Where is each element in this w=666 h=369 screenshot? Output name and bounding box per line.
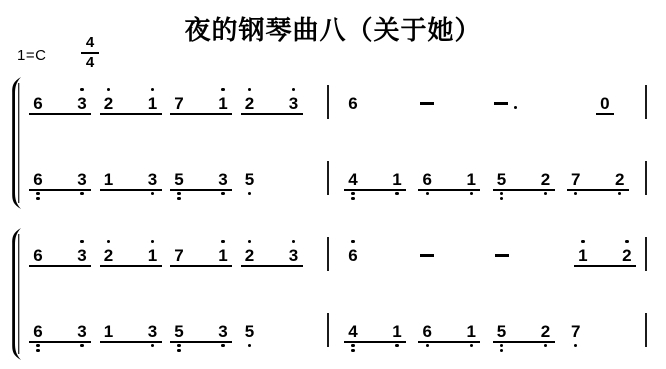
octave-dots-below <box>544 344 547 347</box>
octave-dots-below <box>500 344 503 352</box>
octave-dots-below <box>351 192 354 200</box>
note: 2 <box>242 240 258 268</box>
note-number: 2 <box>104 94 113 113</box>
barline <box>645 85 647 119</box>
octave-dot-above <box>80 88 83 91</box>
staff-row-treble-1: 6321712360 <box>24 88 660 126</box>
note-group: 13 <box>101 164 161 202</box>
measure: 41615272 <box>345 164 642 202</box>
dash-note <box>494 240 510 268</box>
note: 6 <box>345 88 361 116</box>
dash-icon <box>420 102 434 105</box>
note-group: 71 <box>171 240 231 278</box>
beat-slot: 12 <box>568 240 642 278</box>
note-group <box>419 240 435 278</box>
note: 1 <box>101 164 117 192</box>
beat-slot: 52 <box>494 164 568 202</box>
beam-underline <box>100 265 162 267</box>
octave-dots-below <box>395 192 398 195</box>
note-group: 72 <box>568 164 628 202</box>
staff-row-bass-2: 63135354161527 <box>24 316 660 354</box>
beam-underline <box>29 113 91 115</box>
octave-dots-below <box>426 192 429 195</box>
octave-dot-above <box>292 88 295 91</box>
octave-dot-below <box>544 192 547 195</box>
octave-dot-below <box>151 344 154 347</box>
note-number: 2 <box>541 170 550 189</box>
octave-dot-below <box>500 344 503 347</box>
note-group <box>494 240 510 278</box>
note-number: 1 <box>148 246 157 265</box>
key-signature: 1=C <box>17 47 46 64</box>
beam-underline <box>567 189 629 191</box>
beat-slot: 63 <box>30 240 101 278</box>
note-group: 71 <box>171 88 231 126</box>
beat-slot: 6 <box>345 240 419 278</box>
note-number: 5 <box>174 170 183 189</box>
note: 1 <box>215 240 231 268</box>
note-group: 61 <box>419 164 479 202</box>
note-number: 3 <box>77 322 86 341</box>
note: 4 <box>345 316 361 352</box>
note: 2 <box>101 88 117 116</box>
barline <box>327 161 329 195</box>
barline <box>327 237 329 271</box>
beat-slot <box>419 240 493 278</box>
beat-slot: 23 <box>242 88 313 126</box>
octave-dot-below <box>151 192 154 195</box>
note-number: 1 <box>218 246 227 265</box>
measure: 612 <box>345 240 642 278</box>
beam-underline <box>344 189 406 191</box>
octave-dots-below <box>221 344 224 347</box>
octave-dot-below <box>36 192 39 195</box>
note-number: 4 <box>348 170 357 189</box>
octave-dot-below <box>426 344 429 347</box>
octave-dot-above <box>351 240 354 243</box>
note-number: 3 <box>289 246 298 265</box>
beat-slot: 63 <box>30 88 101 126</box>
octave-dot-below <box>351 349 354 352</box>
note: 5 <box>171 164 187 200</box>
beat-slot: 13 <box>101 164 172 202</box>
beam-underline <box>29 189 91 191</box>
note: 5 <box>494 316 510 352</box>
octave-dot-below <box>36 344 39 347</box>
beam-underline <box>344 341 406 343</box>
beat-slot: 61 <box>419 164 493 202</box>
octave-dot-below <box>500 349 503 352</box>
note-group: 53 <box>171 316 231 354</box>
beam-underline <box>596 113 614 115</box>
beam-underline <box>170 189 232 191</box>
note-number: 3 <box>218 170 227 189</box>
dash-icon <box>420 254 434 257</box>
octave-dot-below <box>36 349 39 352</box>
note-group: 12 <box>575 240 635 278</box>
beat-slot <box>419 88 493 126</box>
note: 5 <box>242 164 258 195</box>
beat-slot: 41 <box>345 164 419 202</box>
measure: 6313535 <box>30 316 312 354</box>
note-number: 2 <box>541 322 550 341</box>
time-signature-denominator: 4 <box>80 55 100 71</box>
octave-dots-below <box>151 344 154 347</box>
staff-row-treble-2: 63217123612 <box>24 240 660 278</box>
octave-dots-below <box>177 192 180 200</box>
beat-slot <box>494 240 568 278</box>
note: 4 <box>345 164 361 200</box>
octave-dot-below <box>177 349 180 352</box>
note-number: 7 <box>174 94 183 113</box>
dash-note <box>419 88 435 116</box>
octave-dots-below <box>574 344 577 347</box>
octave-dots-below <box>426 344 429 347</box>
dash-note <box>494 88 517 116</box>
beam-underline <box>418 341 480 343</box>
octave-dots-below <box>248 344 251 347</box>
octave-dot-below <box>395 192 398 195</box>
octave-dot-below <box>221 344 224 347</box>
beam-underline <box>29 265 91 267</box>
octave-dots-below <box>80 344 83 347</box>
note-group: 5 <box>242 316 258 354</box>
note-number: 6 <box>33 170 42 189</box>
beat-slot: 23 <box>242 240 313 278</box>
beat-slot: 13 <box>101 316 172 354</box>
octave-dots-below <box>151 192 154 195</box>
octave-dot-below <box>177 197 180 200</box>
octave-dot-above <box>581 240 584 243</box>
note-number <box>420 246 434 265</box>
octave-dot-above <box>248 88 251 91</box>
octave-dots-below <box>574 192 577 195</box>
note: 7 <box>568 316 584 347</box>
note: 5 <box>171 316 187 352</box>
octave-dots-below <box>470 192 473 195</box>
note-number: 2 <box>104 246 113 265</box>
note: 6 <box>345 240 361 268</box>
note-number: 1 <box>467 170 476 189</box>
octave-dot-below <box>470 344 473 347</box>
note-number: 2 <box>245 246 254 265</box>
beat-slot: 63 <box>30 316 101 354</box>
note-number: 2 <box>622 246 631 265</box>
note: 2 <box>619 240 635 268</box>
beat-slot: 41 <box>345 316 419 354</box>
beam-underline <box>493 341 555 343</box>
note: 2 <box>101 240 117 268</box>
note-number: 4 <box>348 322 357 341</box>
beat-slot <box>494 88 568 126</box>
note: 3 <box>74 88 90 116</box>
note-number: 3 <box>218 322 227 341</box>
octave-dot-below <box>36 197 39 200</box>
note-number: 3 <box>289 94 298 113</box>
note-group: 23 <box>242 240 302 278</box>
system-bracket-icon <box>6 77 22 209</box>
octave-dot-below <box>351 344 354 347</box>
note-number: 1 <box>104 170 113 189</box>
note: 6 <box>30 164 46 200</box>
note-number: 1 <box>392 322 401 341</box>
note-group: 0 <box>597 88 613 126</box>
beam-underline <box>241 265 303 267</box>
note: 1 <box>575 240 591 268</box>
octave-dot-below <box>500 197 503 200</box>
octave-dots-below <box>177 344 180 352</box>
beat-slot: 52 <box>494 316 568 354</box>
note-number: 5 <box>245 170 254 189</box>
note: 3 <box>286 88 302 116</box>
note: 6 <box>30 88 46 116</box>
octave-dot-above <box>248 240 251 243</box>
measure: 63217123 <box>30 240 312 278</box>
note: 1 <box>145 240 161 268</box>
octave-dot-below <box>351 192 354 195</box>
barline <box>327 85 329 119</box>
octave-dot-above <box>151 240 154 243</box>
note-number: 1 <box>578 246 587 265</box>
note-group: 41 <box>345 164 405 202</box>
beat-slot: 71 <box>171 88 242 126</box>
beat-slot: 5 <box>242 164 313 202</box>
note-group: 63 <box>30 164 90 202</box>
time-signature-numerator: 4 <box>80 35 100 51</box>
barline <box>645 237 647 271</box>
note-number: 1 <box>467 322 476 341</box>
beat-slot: 21 <box>101 240 172 278</box>
note-number: 1 <box>392 170 401 189</box>
octave-dot-below <box>470 192 473 195</box>
note-number <box>495 246 509 265</box>
beam-underline <box>100 113 162 115</box>
octave-dot-above <box>107 88 110 91</box>
octave-dot-below <box>248 344 251 347</box>
note-group: 52 <box>494 164 554 202</box>
note-number: 6 <box>33 94 42 113</box>
octave-dot-below <box>80 192 83 195</box>
barline <box>645 161 647 195</box>
note-group: 61 <box>419 316 479 354</box>
note-number: 7 <box>571 322 580 341</box>
note-number: 1 <box>218 94 227 113</box>
beam-underline <box>29 341 91 343</box>
measure: 63217123 <box>30 88 312 126</box>
beat-slot: 63 <box>30 164 101 202</box>
note: 1 <box>215 88 231 116</box>
note-group: 63 <box>30 240 90 278</box>
system-bracket-icon <box>6 228 22 360</box>
note-group <box>494 88 517 126</box>
dash-icon <box>495 254 509 257</box>
octave-dots-below <box>248 192 251 195</box>
note: 6 <box>30 240 46 268</box>
octave-dot-below <box>221 192 224 195</box>
note-group: 13 <box>101 316 161 354</box>
octave-dot-below <box>177 192 180 195</box>
note-number: 3 <box>148 322 157 341</box>
octave-dot-above <box>292 240 295 243</box>
octave-dots-below <box>500 192 503 200</box>
note-group: 5 <box>242 164 258 202</box>
octave-dot-below <box>248 192 251 195</box>
beam-underline <box>170 265 232 267</box>
octave-dot-below <box>618 192 621 195</box>
note-number: 2 <box>245 94 254 113</box>
octave-dot-above <box>151 88 154 91</box>
octave-dot-below <box>500 192 503 195</box>
note-number: 7 <box>571 170 580 189</box>
beat-slot: 21 <box>101 88 172 126</box>
note-number: 3 <box>148 170 157 189</box>
octave-dot-above <box>221 240 224 243</box>
note-number: 3 <box>77 170 86 189</box>
note-number: 6 <box>33 246 42 265</box>
octave-dot-below <box>574 192 577 195</box>
note: 5 <box>242 316 258 347</box>
beam-underline <box>100 341 162 343</box>
note-group: 63 <box>30 88 90 126</box>
note-number: 5 <box>245 322 254 341</box>
dash-icon <box>494 102 508 105</box>
note-number: 6 <box>33 322 42 341</box>
beam-underline <box>418 189 480 191</box>
note-number: 0 <box>600 94 609 113</box>
beam-underline <box>170 341 232 343</box>
octave-dot-above <box>107 240 110 243</box>
beat-slot: 53 <box>171 164 242 202</box>
note: 1 <box>101 316 117 344</box>
time-signature: 4 4 <box>80 35 100 71</box>
note-number: 6 <box>348 94 357 113</box>
octave-dots-below <box>221 192 224 195</box>
rest-note: 0 <box>597 88 613 116</box>
note-group: 52 <box>494 316 554 354</box>
octave-dot-above <box>80 240 83 243</box>
measure: 6313535 <box>30 164 312 202</box>
note: 3 <box>286 240 302 268</box>
note-number: 6 <box>348 246 357 265</box>
note-number: 5 <box>497 322 506 341</box>
note: 7 <box>171 240 187 268</box>
staff-row-bass-1: 631353541615272 <box>24 164 660 202</box>
octave-dots-below <box>36 192 39 200</box>
note-group: 53 <box>171 164 231 202</box>
note-number: 3 <box>77 94 86 113</box>
beat-slot: 72 <box>568 164 642 202</box>
octave-dots-below <box>80 192 83 195</box>
beat-slot: 6 <box>345 88 419 126</box>
octave-dot-below <box>351 197 354 200</box>
augmentation-dot <box>514 106 517 109</box>
note-number: 3 <box>77 246 86 265</box>
beam-underline <box>241 113 303 115</box>
octave-dot-below <box>544 344 547 347</box>
note-group: 41 <box>345 316 405 354</box>
beat-slot: 0 <box>568 88 642 126</box>
octave-dot-above <box>625 240 628 243</box>
note-group: 6 <box>345 240 361 278</box>
note: 6 <box>30 316 46 352</box>
measure: 60 <box>345 88 642 126</box>
dash-note <box>419 240 435 268</box>
octave-dots-below <box>36 344 39 352</box>
note-number <box>420 94 434 113</box>
note-number: 1 <box>148 94 157 113</box>
note-group: 63 <box>30 316 90 354</box>
beam-underline <box>493 189 555 191</box>
octave-dot-below <box>80 344 83 347</box>
note-number: 2 <box>615 170 624 189</box>
note-number <box>494 94 517 113</box>
note-number: 5 <box>497 170 506 189</box>
note-group <box>419 88 435 126</box>
note-number: 1 <box>104 322 113 341</box>
note: 2 <box>242 88 258 116</box>
octave-dots-below <box>395 344 398 347</box>
octave-dot-below <box>426 192 429 195</box>
octave-dot-below <box>395 344 398 347</box>
note: 5 <box>494 164 510 200</box>
note-group: 6 <box>345 88 361 126</box>
octave-dot-below <box>177 344 180 347</box>
note-group: 7 <box>568 316 584 354</box>
beat-slot: 7 <box>568 316 642 354</box>
note-number: 5 <box>174 322 183 341</box>
note-number: 6 <box>423 170 432 189</box>
barline <box>645 313 647 347</box>
note-number: 7 <box>174 246 183 265</box>
note: 1 <box>145 88 161 116</box>
note: 3 <box>74 240 90 268</box>
octave-dots-below <box>544 192 547 195</box>
beat-slot: 71 <box>171 240 242 278</box>
beam-underline <box>170 113 232 115</box>
octave-dots-below <box>618 192 621 195</box>
note: 7 <box>171 88 187 116</box>
beat-slot: 53 <box>171 316 242 354</box>
note-number: 6 <box>423 322 432 341</box>
beam-underline <box>100 189 162 191</box>
beat-slot: 61 <box>419 316 493 354</box>
note-group: 23 <box>242 88 302 126</box>
note-group: 21 <box>101 88 161 126</box>
octave-dot-above <box>221 88 224 91</box>
octave-dot-below <box>574 344 577 347</box>
beam-underline <box>574 265 636 267</box>
octave-dots-below <box>351 344 354 352</box>
measure: 4161527 <box>345 316 642 354</box>
octave-dots-below <box>470 344 473 347</box>
barline <box>327 313 329 347</box>
beat-slot: 5 <box>242 316 313 354</box>
note-group: 21 <box>101 240 161 278</box>
